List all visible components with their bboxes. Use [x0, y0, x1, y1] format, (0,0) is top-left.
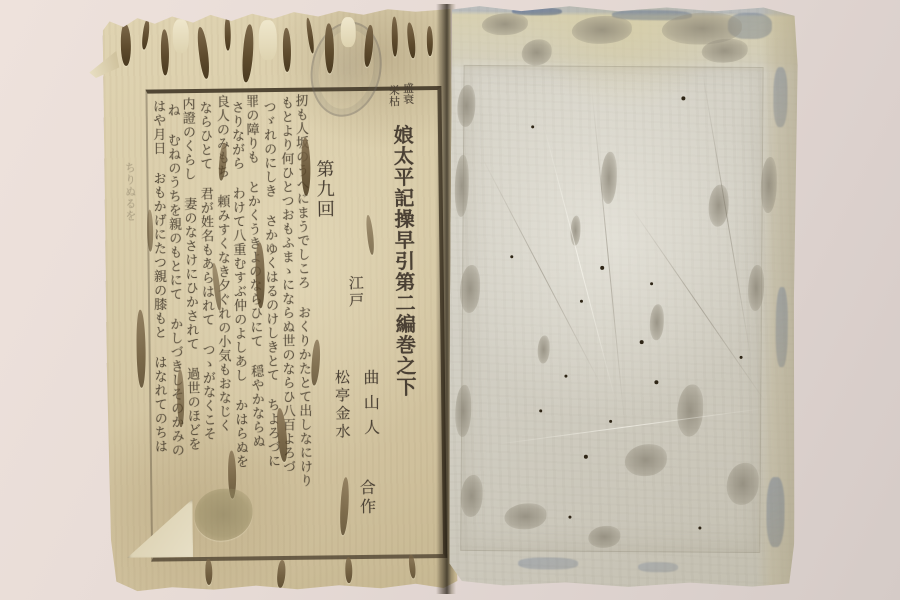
wormhole — [568, 516, 571, 519]
wormhole — [539, 409, 542, 412]
fore-edge-marks: ちりぬるを — [124, 162, 138, 422]
left-page: 盛衰 栄枯 娘太平記操早引第二編巻之下 第九回 江戸 曲山人 松亭金水 合作 扨… — [102, 8, 457, 592]
wormhole — [584, 455, 588, 459]
damage-streak — [136, 310, 146, 388]
wormhole — [650, 282, 653, 285]
wormhole — [600, 266, 604, 270]
damage-streak — [406, 22, 417, 59]
blue-cover-trace — [518, 557, 578, 569]
book-title: 娘太平記操早引第二編巻之下 — [392, 124, 416, 412]
motto-left: 栄枯 — [388, 85, 399, 107]
blue-cover-trace — [638, 562, 678, 572]
damage-streak — [427, 26, 433, 56]
body-column: はや月日 おもかげにたつ親の膝もと はなれてのちは — [151, 99, 166, 545]
damage-streak — [121, 24, 132, 66]
author-kyokusanjin: 曲山人 — [362, 369, 379, 444]
damage-streak — [161, 29, 170, 75]
damage-streak — [196, 27, 211, 80]
wormhole — [510, 255, 513, 258]
chapter-heading: 第九回 — [314, 159, 333, 219]
damage-streak — [141, 19, 151, 50]
collaboration-label: 合作 — [358, 479, 374, 517]
place-edo: 江戸 — [348, 275, 363, 309]
wormhole — [640, 340, 644, 344]
wormhole — [564, 375, 567, 378]
damage-streak — [345, 557, 352, 583]
paper-flap — [173, 19, 189, 53]
wormhole — [531, 125, 534, 128]
damage-streak — [205, 559, 212, 585]
wormhole — [654, 380, 658, 384]
blue-cover-trace — [766, 477, 784, 547]
body-column: もとより何ひとつおもふまゝにならぬ世のならひ八百よろづ — [279, 96, 294, 540]
photo-backdrop: 盛衰 栄枯 娘太平記操早引第二編巻之下 第九回 江戸 曲山人 松亭金水 合作 扨… — [0, 0, 900, 600]
wormhole — [681, 96, 685, 100]
damage-streak — [225, 17, 231, 51]
paper-flap — [259, 20, 277, 60]
damage-streak — [283, 28, 292, 72]
paper-flap — [341, 17, 356, 47]
wormhole — [698, 527, 701, 530]
damage-streak — [241, 24, 255, 83]
damage-streak — [305, 17, 315, 53]
damage-streak — [276, 560, 287, 589]
wormhole — [740, 356, 743, 359]
author-shotei-kinsui: 松亭金水 — [334, 369, 350, 441]
blue-cover-trace — [773, 67, 787, 127]
blue-cover-trace — [776, 287, 789, 367]
wormhole — [580, 300, 583, 303]
motto-right: 盛衰 — [402, 82, 413, 104]
inside-cover-page — [448, 5, 798, 589]
wormhole — [609, 420, 612, 423]
damage-streak — [392, 17, 398, 57]
